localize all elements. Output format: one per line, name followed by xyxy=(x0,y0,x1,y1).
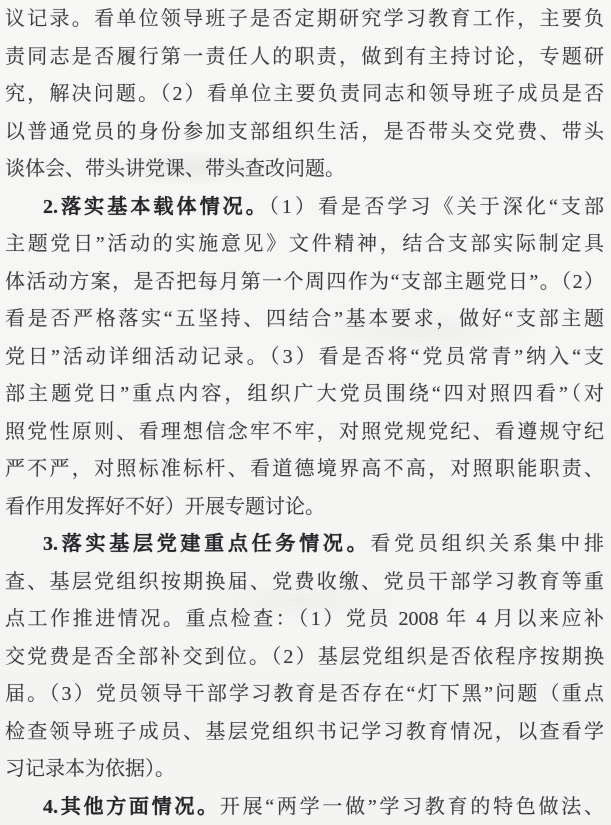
line-text: 看党员组织关系集中排 xyxy=(370,533,604,555)
line-text: 党日”活动详细活动记录。（3）看是否将“党员常青”纳入“支 xyxy=(5,346,604,368)
line-text: 开展“两学一做”学习教育的特色做法、 xyxy=(220,796,604,818)
line-text: 检查领导班子成员、基层党组织书记学习教育情况，以查看学 xyxy=(5,721,604,743)
section-4-heading: 4.其他方面情况。 xyxy=(43,796,220,818)
text-line: 习记录本为依据）。 xyxy=(5,751,604,789)
document-page: 议记录。看单位领导班子是否定期研究学习教育工作，主要负 责同志是否履行第一责任人… xyxy=(0,0,611,825)
line-text: （1）看是否学习《关于深化“支部 xyxy=(269,196,604,218)
text-line: 部主题党日”重点内容，组织广大党员围绕“四对照四看”（对 xyxy=(5,376,604,414)
line-text: 究，解决问题。（2）看单位主要负责同志和领导班子成员是否 xyxy=(5,83,604,105)
line-text: 看是否严格落实“五坚持、四结合”基本要求，做好“支部主题 xyxy=(5,308,604,330)
section-2-heading: 2.落实基本载体情况。 xyxy=(43,196,269,218)
text-line: 责同志是否履行第一责任人的职责，做到有主持讨论，专题研 xyxy=(5,39,604,77)
text-line: 4.其他方面情况。开展“两学一做”学习教育的特色做法、 xyxy=(5,789,604,825)
line-text: 看作用发挥好不好）开展专题讨论。 xyxy=(5,496,325,518)
text-line: 届。（3）党员领导干部学习教育是否存在“灯下黑”问题（重点 xyxy=(5,676,604,714)
line-text: 责同志是否履行第一责任人的职责，做到有主持讨论，专题研 xyxy=(5,46,604,68)
line-text: 查、基层党组织按期换届、党费收缴、党员干部学习教育等重 xyxy=(5,571,604,593)
text-line: 查、基层党组织按期换届、党费收缴、党员干部学习教育等重 xyxy=(5,564,604,602)
line-text: 议记录。看单位领导班子是否定期研究学习教育工作，主要负 xyxy=(5,8,604,30)
line-text: 届。（3）党员领导干部学习教育是否存在“灯下黑”问题（重点 xyxy=(5,683,604,705)
text-line: 严不严，对照标准标杆、看道德境界高不高，对照职能职责、 xyxy=(5,451,604,489)
text-line: 谈体会、带头讲党课、带头查改问题。 xyxy=(5,151,604,189)
text-line: 2.落实基本载体情况。（1）看是否学习《关于深化“支部 xyxy=(5,189,604,227)
text-line: 主题党日”活动的实施意见》文件精神，结合支部实际制定具 xyxy=(5,226,604,264)
line-text: 严不严，对照标准标杆、看道德境界高不高，对照职能职责、 xyxy=(5,458,604,480)
text-line: 体活动方案，是否把每月第一个周四作为“支部主题党日”。（2） xyxy=(5,264,604,302)
text-line: 3.落实基层党建重点任务情况。看党员组织关系集中排 xyxy=(5,526,604,564)
line-text: 交党费是否全部补交到位。（2）基层党组织是否依程序按期换 xyxy=(5,646,604,668)
text-line: 交党费是否全部补交到位。（2）基层党组织是否依程序按期换 xyxy=(5,639,604,677)
text-line: 照党性原则、看理想信念牢不牢，对照党规党纪、看遵规守纪 xyxy=(5,414,604,452)
section-3-heading: 3.落实基层党建重点任务情况。 xyxy=(43,533,370,555)
text-line: 看作用发挥好不好）开展专题讨论。 xyxy=(5,489,604,527)
line-text: 以普通党员的身份参加支部组织生活，是否带头交党费、带头 xyxy=(5,121,604,143)
text-line: 党日”活动详细活动记录。（3）看是否将“党员常青”纳入“支 xyxy=(5,339,604,377)
line-text: 点工作推进情况。重点检查：（1）党员 2008 年 4 月以来应补 xyxy=(5,608,604,630)
line-text: 体活动方案，是否把每月第一个周四作为“支部主题党日”。（2） xyxy=(5,271,604,293)
text-line: 检查领导班子成员、基层党组织书记学习教育情况，以查看学 xyxy=(5,714,604,752)
line-text: 主题党日”活动的实施意见》文件精神，结合支部实际制定具 xyxy=(5,233,604,255)
line-text: 谈体会、带头讲党课、带头查改问题。 xyxy=(5,158,345,180)
text-line: 议记录。看单位领导班子是否定期研究学习教育工作，主要负 xyxy=(5,1,604,39)
text-line: 以普通党员的身份参加支部组织生活，是否带头交党费、带头 xyxy=(5,114,604,152)
text-line: 点工作推进情况。重点检查：（1）党员 2008 年 4 月以来应补 xyxy=(5,601,604,639)
text-line: 究，解决问题。（2）看单位主要负责同志和领导班子成员是否 xyxy=(5,76,604,114)
line-text: 部主题党日”重点内容，组织广大党员围绕“四对照四看”（对 xyxy=(5,383,604,405)
line-text: 习记录本为依据）。 xyxy=(5,758,175,780)
line-text: 照党性原则、看理想信念牢不牢，对照党规党纪、看遵规守纪 xyxy=(5,421,604,443)
text-line: 看是否严格落实“五坚持、四结合”基本要求，做好“支部主题 xyxy=(5,301,604,339)
